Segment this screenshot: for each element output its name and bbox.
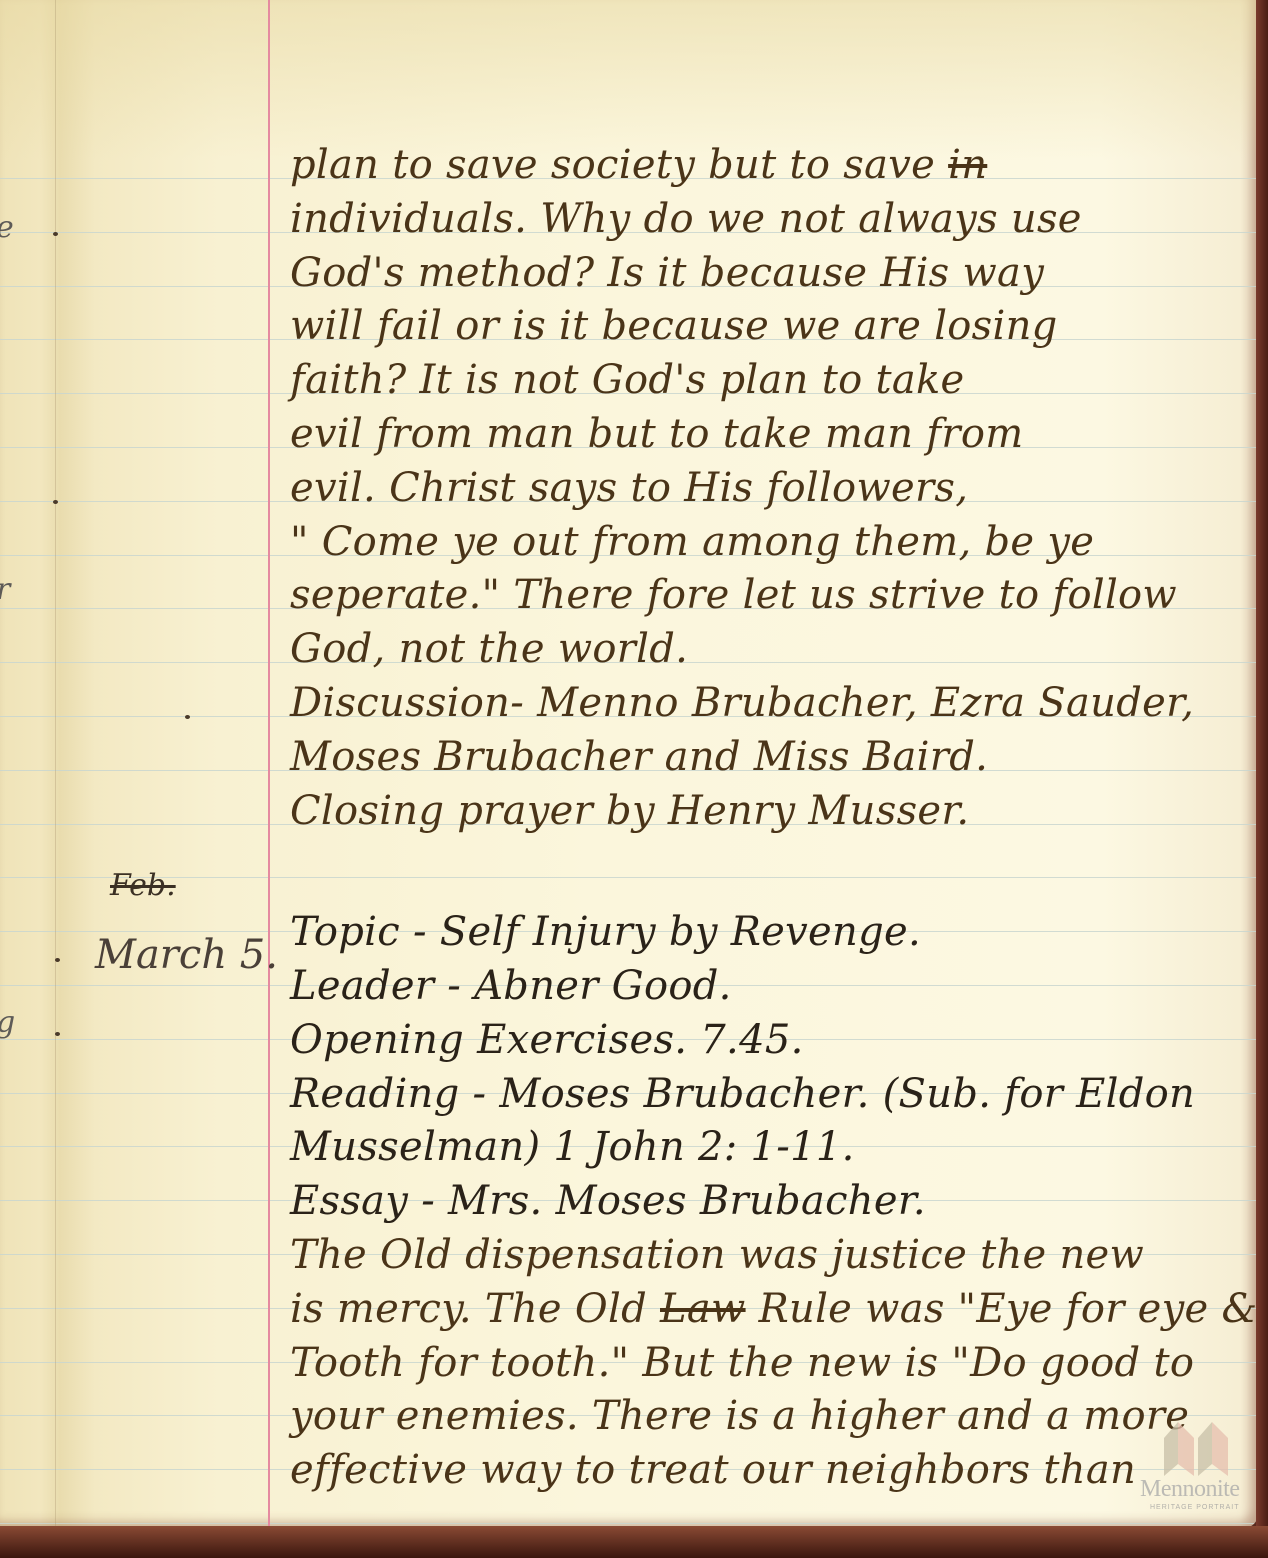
text-segment: Essay - Mrs. Moses Brubacher. <box>290 1178 926 1224</box>
struck-word: Law <box>660 1286 746 1332</box>
book-cover-bottom <box>0 1526 1268 1558</box>
text-line: seperate." There fore let us strive to f… <box>290 568 1177 622</box>
text-segment: individuals. Why do we not always use <box>290 196 1082 242</box>
entry-date: March 5. <box>95 932 278 978</box>
text-segment: is mercy. The Old <box>290 1286 660 1332</box>
text-segment: your enemies. There is a higher and a mo… <box>290 1393 1189 1439</box>
margin-rule <box>268 0 270 1528</box>
struck-word: in <box>948 142 987 188</box>
binding-stitch <box>185 715 190 719</box>
ruled-line <box>0 1523 1258 1524</box>
text-line: your enemies. There is a higher and a mo… <box>290 1389 1189 1443</box>
text-segment: Discussion- Menno Brubacher, Ezra Sauder… <box>290 680 1194 726</box>
text-segment: Topic - Self Injury by Revenge. <box>290 909 921 955</box>
text-line: Tooth for tooth." But the new is "Do goo… <box>290 1336 1194 1390</box>
text-segment: God's method? Is it because His way <box>290 250 1044 296</box>
text-segment: faith? It is not God's plan to take <box>290 357 965 403</box>
text-segment: Leader - Abner Good. <box>290 963 732 1009</box>
text-line: evil from man but to take man from <box>290 407 1023 461</box>
text-segment: Tooth for tooth." But the new is "Do goo… <box>290 1340 1194 1386</box>
text-line: God, not the world. <box>290 622 688 676</box>
text-segment: effective way to treat our neighbors tha… <box>290 1447 1136 1493</box>
text-line: God's method? Is it because His way <box>290 246 1044 300</box>
text-line: will fail or is it because we are losing <box>290 299 1058 353</box>
facing-page-bleed: g <box>0 1005 15 1040</box>
text-segment: seperate." There fore let us strive to f… <box>290 572 1177 618</box>
ruled-line <box>0 877 1258 878</box>
text-line: Leader - Abner Good. <box>290 959 732 1013</box>
text-line: Reading - Moses Brubacher. (Sub. for Eld… <box>290 1067 1195 1121</box>
text-line: The Old dispensation was justice the new <box>290 1228 1144 1282</box>
text-line: effective way to treat our neighbors tha… <box>290 1443 1136 1497</box>
text-segment: Opening Exercises. 7.45. <box>290 1017 804 1063</box>
text-segment: " Come ye out from among them, be ye <box>290 519 1094 565</box>
page-shading <box>0 0 1258 160</box>
book-cover-edge <box>1256 0 1268 1558</box>
text-segment: plan to save society but to save <box>290 142 948 188</box>
text-segment: will fail or is it because we are losing <box>290 303 1058 349</box>
text-line: plan to save society but to save in <box>290 138 987 192</box>
binding-stitch <box>53 232 58 236</box>
watermark-name: Mennonite <box>1140 1476 1239 1503</box>
text-segment: The Old dispensation was justice the new <box>290 1232 1144 1278</box>
struck-date: Feb. <box>110 868 176 903</box>
text-segment: evil. Christ says to His followers, <box>290 465 968 511</box>
text-line: Closing prayer by Henry Musser. <box>290 784 969 838</box>
text-segment: evil from man but to take man from <box>290 411 1023 457</box>
text-line: individuals. Why do we not always use <box>290 192 1082 246</box>
text-line: evil. Christ says to His followers, <box>290 461 968 515</box>
facing-page-bleed: r <box>0 572 10 607</box>
text-line: Topic - Self Injury by Revenge. <box>290 905 921 959</box>
text-line: Essay - Mrs. Moses Brubacher. <box>290 1174 926 1228</box>
text-line: Musselman) 1 John 2: 1-11. <box>290 1120 855 1174</box>
text-line: Opening Exercises. 7.45. <box>290 1013 804 1067</box>
text-segment: Rule was "Eye for eye & <box>746 1286 1258 1332</box>
binding-stitch <box>55 958 60 962</box>
text-segment: Closing prayer by Henry Musser. <box>290 788 969 834</box>
text-line: faith? It is not God's plan to take <box>290 353 965 407</box>
binding-stitch <box>53 500 58 504</box>
binding-stitch <box>55 1032 60 1036</box>
text-line: Moses Brubacher and Miss Baird. <box>290 730 988 784</box>
facing-page-bleed: e <box>0 210 14 245</box>
text-segment: God, not the world. <box>290 626 688 672</box>
text-line: is mercy. The Old Law Rule was "Eye for … <box>290 1282 1257 1336</box>
text-segment: Musselman) 1 John 2: 1-11. <box>290 1124 855 1170</box>
watermark: Mennonite HERITAGE PORTRAIT <box>1130 1420 1250 1520</box>
text-line: Discussion- Menno Brubacher, Ezra Sauder… <box>290 676 1194 730</box>
text-segment: Reading - Moses Brubacher. (Sub. for Eld… <box>290 1071 1195 1117</box>
watermark-subtitle: HERITAGE PORTRAIT <box>1150 1504 1239 1511</box>
mennonite-logo-icon <box>1160 1420 1232 1476</box>
text-line: " Come ye out from among them, be ye <box>290 515 1094 569</box>
binding-gutter <box>55 0 56 1528</box>
notebook-page: e r g Feb. March 5. plan to save society… <box>0 0 1258 1528</box>
text-segment: Moses Brubacher and Miss Baird. <box>290 734 988 780</box>
